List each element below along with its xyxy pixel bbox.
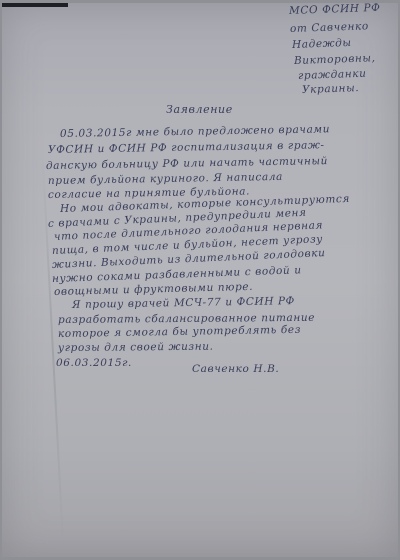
body-line: 05.03.2015г мне было предложено врачами	[60, 123, 330, 140]
addressee-line: МСО ФСИН РФ	[289, 2, 381, 17]
document-title: Заявление	[166, 103, 233, 116]
body-line: данскую больницу РФ или начать частичный	[46, 155, 328, 172]
addressee-line: Викторовны,	[294, 52, 376, 67]
addressee-line: Украины.	[302, 82, 360, 96]
paper-sheet: МСО ФСИН РФ от Савченко Надежды Викторов…	[2, 3, 398, 557]
body-line: Я прошу врачей МСЧ-77 и ФСИН РФ	[72, 295, 295, 311]
photo-edge-shadow	[2, 3, 68, 7]
addressee-line: Надежды	[292, 37, 352, 51]
addressee-line: гражданки	[298, 68, 367, 82]
addressee-line: от Савченко	[290, 20, 369, 35]
body-line: угрозы для своей жизни.	[58, 341, 214, 354]
body-line: УФСИН и ФСИН РФ госпитализация в граж-	[48, 139, 325, 156]
document-date: 06.03.2015г.	[56, 357, 132, 369]
signature: Савченко Н.В.	[192, 363, 279, 375]
body-line: которое я смогла бы употреблять без	[58, 324, 301, 340]
